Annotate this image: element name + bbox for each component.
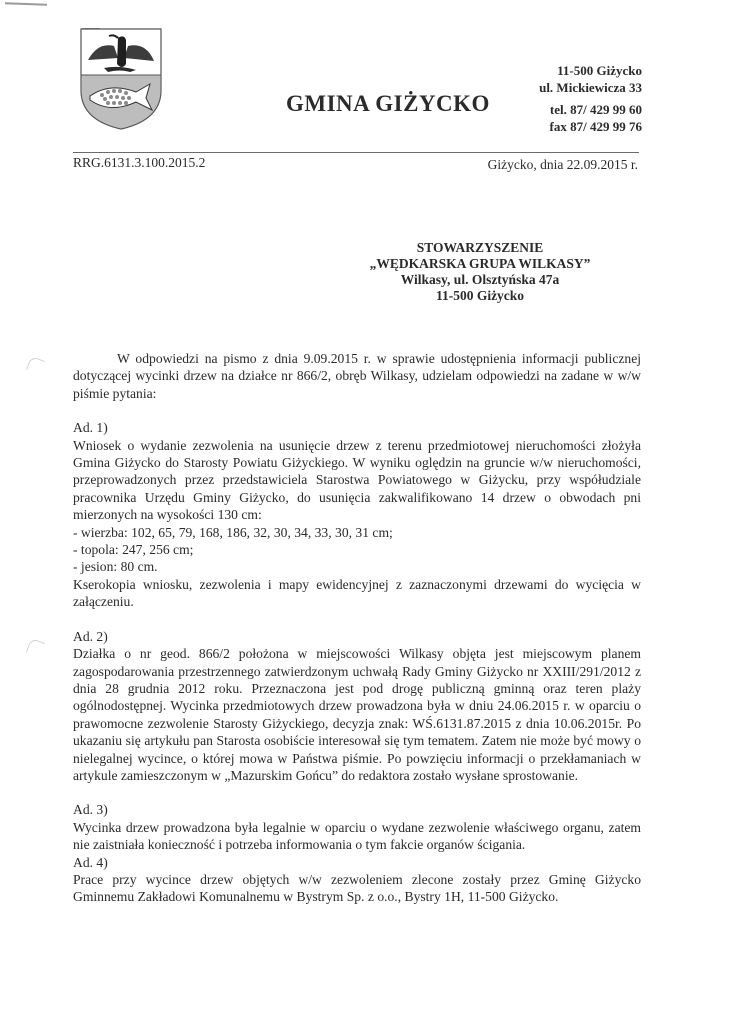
- punch-hole-mark: [26, 638, 45, 657]
- section-ad-2: Ad. 2) Działka o nr geod. 866/2 położona…: [73, 628, 641, 785]
- punch-hole-mark: [26, 356, 45, 375]
- recipient-line: Wilkasy, ul. Olsztyńska 47a: [330, 272, 630, 288]
- section-closing: Kserokopia wniosku, zezwolenia i mapy ew…: [73, 576, 641, 611]
- section-label: Ad. 1): [73, 419, 641, 436]
- section-text: Wycinka drzew prowadzona była legalnie w…: [73, 819, 641, 854]
- place-date: Giżycko, dnia 22.09.2015 r.: [488, 157, 638, 173]
- letter-body: W odpowiedzi na pismo z dnia 9.09.2015 r…: [73, 350, 641, 906]
- recipient-line: „WĘDKARSKA GRUPA WILKASY”: [330, 256, 630, 272]
- contact-street: ul. Mickiewicza 33: [539, 79, 642, 96]
- recipient-line: STOWARZYSZENIE: [330, 240, 630, 256]
- section-ad-4: Ad. 4) Prace przy wycince drzew objętych…: [73, 854, 641, 906]
- section-label: Ad. 4): [73, 854, 641, 871]
- list-item: - topola: 247, 256 cm;: [73, 541, 641, 558]
- list-item: - jesion: 80 cm.: [73, 558, 641, 575]
- section-label: Ad. 2): [73, 628, 641, 645]
- list-item: - wierzba: 102, 65, 79, 168, 186, 32, 30…: [73, 524, 641, 541]
- coat-of-arms-icon: [80, 28, 162, 130]
- contact-fax: fax 87/ 429 99 76: [539, 118, 642, 135]
- section-text: Działka o nr geod. 866/2 położona w miej…: [73, 645, 641, 784]
- recipient-address: STOWARZYSZENIE „WĘDKARSKA GRUPA WILKASY”…: [330, 240, 630, 304]
- reference-number: RRG.6131.3.100.2015.2: [73, 155, 205, 171]
- contact-tel: tel. 87/ 429 99 60: [539, 101, 642, 118]
- section-ad-1: Ad. 1) Wniosek o wydanie zezwolenia na u…: [73, 419, 641, 610]
- organization-name: GMINA GIŻYCKO: [286, 91, 490, 117]
- section-ad-3: Ad. 3) Wycinka drzew prowadzona była leg…: [73, 801, 641, 853]
- section-text: Prace przy wycince drzew objętych w/w ze…: [73, 871, 641, 906]
- section-label: Ad. 3): [73, 801, 641, 818]
- intro-paragraph: W odpowiedzi na pismo z dnia 9.09.2015 r…: [73, 350, 641, 402]
- recipient-line: 11-500 Giżycko: [330, 288, 630, 304]
- scan-artifact-line: [5, 2, 47, 5]
- section-text: Wniosek o wydanie zezwolenia na usunięci…: [73, 437, 641, 524]
- header-divider: [73, 152, 639, 153]
- contact-block: 11-500 Giżycko ul. Mickiewicza 33 tel. 8…: [539, 62, 642, 135]
- contact-postal: 11-500 Giżycko: [539, 62, 642, 79]
